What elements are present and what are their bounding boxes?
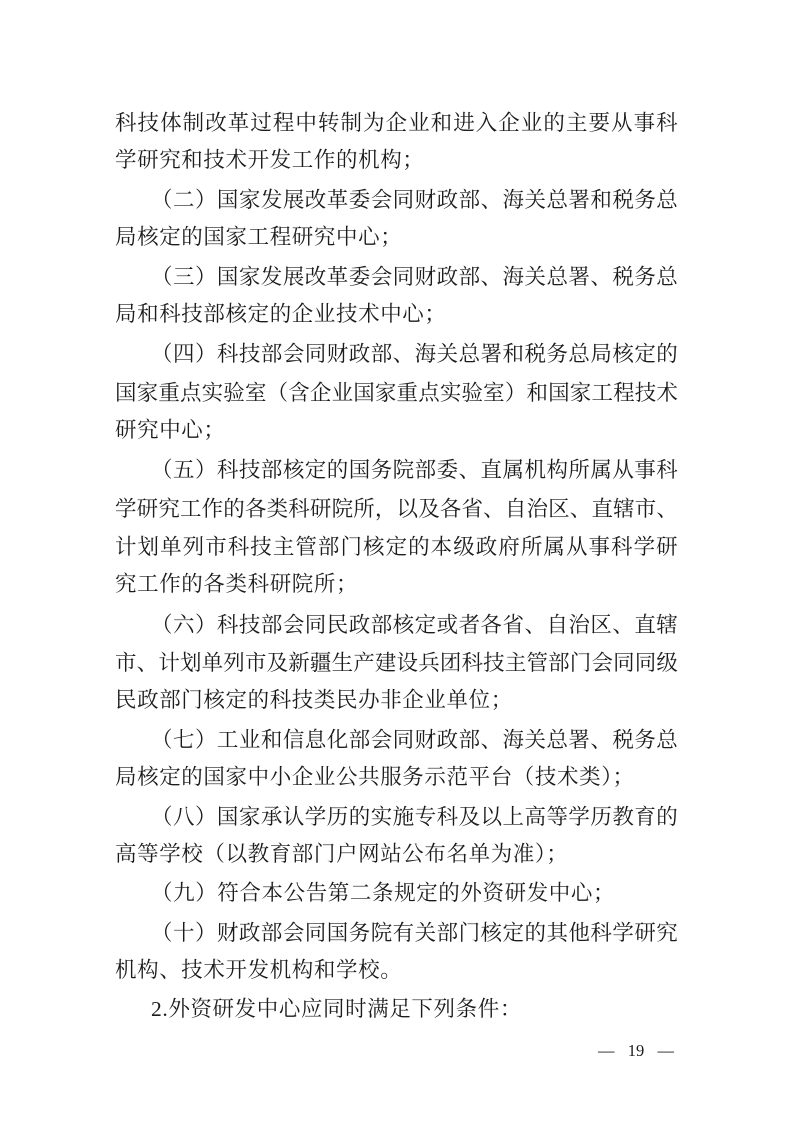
text-char: 海	[503, 183, 525, 214]
text-char: 家	[239, 260, 261, 291]
text-char: 家	[239, 800, 261, 831]
text-char: 辖	[656, 608, 678, 639]
text-char: 育	[634, 800, 656, 831]
text-line: 机构、技术开发机构和学校。	[115, 951, 678, 990]
text-line: 民政部门核定的科技类民办非企业单位；	[115, 681, 678, 720]
text-char: 上	[503, 800, 525, 831]
text-char: 和	[431, 106, 453, 137]
text-char: 国	[548, 376, 570, 407]
text-char: （	[151, 916, 173, 947]
text-char: 重	[397, 376, 419, 407]
text-char: 部	[459, 183, 481, 214]
text-char: 治	[526, 492, 548, 523]
text-char: 研	[634, 916, 656, 947]
text-char: 国	[349, 453, 371, 484]
text-char: 五	[173, 453, 195, 484]
text-char: 委	[349, 260, 371, 291]
text-char: 进	[453, 106, 475, 137]
text-char: 部	[261, 453, 283, 484]
text-char: 的	[656, 800, 678, 831]
text-char: 财	[217, 916, 239, 947]
text-char: 承	[261, 800, 283, 831]
text-char: 、	[612, 608, 634, 639]
text-char: 技	[250, 530, 272, 561]
text-char: 高	[524, 800, 546, 831]
text-char: 级	[453, 530, 475, 561]
document-body: 科技体制改革过程中转制为企业和进入企业的主要从事科学研究和技术开发工作的机构；（…	[115, 102, 678, 1028]
text-char: 海	[503, 260, 525, 291]
text-char: （	[151, 337, 173, 368]
text-char: 所	[353, 492, 375, 523]
text-char: 总	[546, 723, 568, 754]
text-char: 学	[305, 800, 327, 831]
text-char: （	[151, 608, 173, 639]
text-char: 门	[570, 646, 592, 677]
text-line: （五）科技部核定的国务院部委、直属机构所属从事科	[115, 449, 678, 488]
text-char: 革	[327, 183, 349, 214]
text-char: 学	[634, 530, 656, 561]
text-char: 各	[440, 492, 462, 523]
text-char: 研	[137, 492, 159, 523]
text-char: 发	[261, 260, 283, 291]
text-char: 施	[393, 800, 415, 831]
text-char: 改	[305, 183, 327, 214]
text-char: 从	[612, 453, 634, 484]
text-char: 会	[371, 260, 393, 291]
text-char: 业	[239, 723, 261, 754]
text-char: 程	[273, 106, 295, 137]
text-char: 类	[267, 492, 289, 523]
text-char: 关	[524, 260, 546, 291]
text-line: （七）工业和信息化部会同财政部、海关总署、税务总	[115, 720, 678, 759]
text-char: 辖	[613, 492, 635, 523]
text-char: 息	[305, 723, 327, 754]
text-char: 署	[568, 260, 590, 291]
text-char: 技	[239, 608, 261, 639]
text-char: 的	[327, 453, 349, 484]
text-char: 定	[415, 608, 437, 639]
text-char: 部	[459, 260, 481, 291]
text-char: 六	[173, 608, 195, 639]
text-char: 会	[371, 723, 393, 754]
text-char: 国	[217, 183, 239, 214]
text-char: 科	[437, 800, 459, 831]
text-char: 财	[415, 183, 437, 214]
text-char: 信	[283, 723, 305, 754]
text-line: （三）国家发展改革委会同财政部、海关总署、税务总	[115, 256, 678, 295]
text-char: 作	[202, 492, 224, 523]
text-line: （六）科技部会同民政部核定或者各省、自治区、直辖	[115, 604, 678, 643]
text-line: 局核定的国家中小企业公共服务示范平台（技术类）；	[115, 758, 678, 797]
text-char: 关	[524, 183, 546, 214]
document-page: 科技体制改革过程中转制为企业和进入企业的主要从事科学研究和技术开发工作的机构；（…	[0, 0, 793, 1122]
text-char: 同	[305, 608, 327, 639]
text-char: 研	[656, 530, 678, 561]
text-char: 科	[217, 453, 239, 484]
text-char: 或	[437, 608, 459, 639]
text-char: 科	[115, 106, 137, 137]
text-char: 和	[503, 337, 525, 368]
text-char: 部	[371, 608, 393, 639]
text-char: 属	[543, 530, 565, 561]
text-char: 会	[283, 337, 305, 368]
text-char: 、	[481, 260, 503, 291]
text-char: 企	[386, 106, 408, 137]
text-char: 务	[546, 337, 568, 368]
text-char: ）	[195, 337, 217, 368]
text-char: 财	[415, 260, 437, 291]
text-char: ）	[195, 800, 217, 831]
text-char: 室	[245, 376, 267, 407]
text-char: 民	[327, 608, 349, 639]
text-line: 学研究工作的各类科研院所，以及各省、自治区、直辖市、	[115, 488, 678, 527]
text-char: ）	[195, 183, 217, 214]
text-char: 海	[415, 337, 437, 368]
text-char: 税	[524, 337, 546, 368]
text-char: 政	[437, 183, 459, 214]
text-char: 核	[481, 916, 503, 947]
text-char: 核	[612, 337, 634, 368]
text-char: 含	[288, 376, 310, 407]
text-char: 计	[115, 530, 137, 561]
text-char: 管	[526, 646, 548, 677]
text-char: 企	[310, 376, 332, 407]
text-char: 总	[546, 260, 568, 291]
text-char: 政	[349, 608, 371, 639]
text-char: 工	[591, 376, 613, 407]
text-char: 市	[115, 646, 137, 677]
text-char: 、	[137, 646, 159, 677]
text-char: 务	[634, 723, 656, 754]
text-char: 、	[481, 723, 503, 754]
text-char: 定	[386, 530, 408, 561]
text-char: 定	[503, 916, 525, 947]
text-char: 究	[656, 916, 678, 947]
text-char: ）	[195, 608, 217, 639]
text-char: 、	[590, 260, 612, 291]
text-char: 机	[524, 453, 546, 484]
text-char: 程	[613, 376, 635, 407]
text-char: 重	[158, 376, 180, 407]
text-char: 关	[437, 337, 459, 368]
text-char: 的	[408, 530, 430, 561]
text-char: 总	[568, 337, 590, 368]
text-char: 及	[459, 800, 481, 831]
text-char: 关	[524, 723, 546, 754]
text-line: （十）财政部会同国务院有关部门核定的其他科学研究	[115, 912, 678, 951]
text-char: 革	[228, 106, 250, 137]
text-char: 七	[173, 723, 195, 754]
text-char: 管	[295, 530, 317, 561]
text-char: 、	[656, 492, 678, 523]
text-char: 区	[590, 608, 612, 639]
text-char: 税	[612, 183, 634, 214]
text-char: 有	[393, 916, 415, 947]
text-char: 科	[217, 608, 239, 639]
text-char: 所	[521, 530, 543, 561]
text-char: 建	[375, 646, 397, 677]
text-char: 署	[568, 723, 590, 754]
text-char: 学	[612, 916, 634, 947]
text-char: 直	[591, 492, 613, 523]
text-char: 事	[634, 453, 656, 484]
text-char: 门	[459, 916, 481, 947]
text-char: 和	[590, 183, 612, 214]
text-char: 及	[418, 492, 440, 523]
text-char: 研	[310, 492, 332, 523]
text-line: 市、计划单列市及新疆生产建设兵团科技主管部门会同同级	[115, 642, 678, 681]
text-char: 委	[437, 453, 459, 484]
text-char: 家	[137, 376, 159, 407]
text-char: 总	[656, 723, 678, 754]
text-char: 事	[634, 106, 656, 137]
text-char: 实	[440, 376, 462, 407]
text-char: 市	[205, 530, 227, 561]
text-char: 、	[524, 608, 546, 639]
text-char: 制	[340, 106, 362, 137]
text-char: 及	[267, 646, 289, 677]
text-char: 实	[202, 376, 224, 407]
text-char: 技	[239, 453, 261, 484]
text-char: 税	[612, 260, 634, 291]
text-char: 和	[261, 723, 283, 754]
text-char: 总	[546, 183, 568, 214]
text-char: 业	[521, 106, 543, 137]
text-char: 历	[590, 800, 612, 831]
text-line: 国家重点实验室（含企业国家重点实验室）和国家工程技术	[115, 372, 678, 411]
text-char: 委	[349, 183, 371, 214]
text-char: 家	[375, 376, 397, 407]
text-char: 各	[481, 608, 503, 639]
text-char: 工	[180, 492, 202, 523]
text-char: 部	[261, 337, 283, 368]
text-line: （九）符合本公告第二条规定的外资研发中心；	[115, 874, 678, 913]
text-char: 等	[546, 800, 568, 831]
text-char: 革	[327, 260, 349, 291]
text-line: 究工作的各类科研院所；	[115, 565, 678, 604]
text-char: 的	[524, 916, 546, 947]
text-char: 、	[481, 183, 503, 214]
text-char: 务	[634, 183, 656, 214]
text-line: （二）国家发展改革委会同财政部、海关总署和税务总	[115, 179, 678, 218]
text-char: 国	[217, 800, 239, 831]
text-char: 划	[138, 530, 160, 561]
text-char: （	[151, 453, 173, 484]
text-char: 、	[590, 723, 612, 754]
text-line: 2.外资研发中心应同时满足下列条件：	[115, 990, 678, 1029]
text-char: （	[151, 183, 173, 214]
text-char: 部	[437, 916, 459, 947]
text-char: 三	[173, 260, 195, 291]
text-char: ）	[505, 376, 527, 407]
text-char: 核	[363, 530, 385, 561]
text-char: 以	[397, 492, 419, 523]
text-char: 同	[393, 260, 415, 291]
text-char: 科	[228, 530, 250, 561]
text-char: （	[151, 260, 173, 291]
text-char: 会	[283, 608, 305, 639]
text-char: 总	[459, 337, 481, 368]
text-char: 单	[202, 646, 224, 677]
text-char: 中	[295, 106, 317, 137]
text-char: 要	[588, 106, 610, 137]
text-char: 认	[283, 800, 305, 831]
text-line: 局和科技部核定的企业技术中心；	[115, 295, 678, 334]
page-number: — 19 —	[598, 1041, 674, 1061]
text-char: 海	[503, 723, 525, 754]
text-char: 政	[239, 916, 261, 947]
text-char: 展	[283, 260, 305, 291]
text-char: 发	[261, 183, 283, 214]
text-char: 事	[588, 530, 610, 561]
text-char: 国	[115, 376, 137, 407]
text-line: 局核定的国家工程研究中心；	[115, 218, 678, 257]
text-char: 、	[459, 453, 481, 484]
text-char: 室	[483, 376, 505, 407]
text-char: 政	[437, 723, 459, 754]
text-char: 门	[340, 530, 362, 561]
text-char: （	[151, 800, 173, 831]
text-char: 会	[371, 183, 393, 214]
text-char: 的	[543, 106, 565, 137]
text-char: 各	[245, 492, 267, 523]
text-char: 以	[481, 800, 503, 831]
text-char: 、	[393, 337, 415, 368]
text-char: 同	[393, 183, 415, 214]
text-char: 务	[349, 916, 371, 947]
text-char: 财	[415, 723, 437, 754]
text-char: 区	[548, 492, 570, 523]
text-char: 自	[505, 492, 527, 523]
text-char: 和	[526, 376, 548, 407]
text-char: ）	[195, 453, 217, 484]
text-char: 八	[173, 800, 195, 831]
text-char: 点	[418, 376, 440, 407]
text-char: 自	[546, 608, 568, 639]
text-char: 十	[173, 916, 195, 947]
text-char: 点	[180, 376, 202, 407]
text-char: 体	[160, 106, 182, 137]
text-char: 化	[327, 723, 349, 754]
text-char: 其	[546, 916, 568, 947]
text-char: 技	[239, 337, 261, 368]
text-char: （	[267, 376, 289, 407]
text-char: 学	[115, 492, 137, 523]
text-char: 专	[415, 800, 437, 831]
text-char: 同	[613, 646, 635, 677]
text-char: 属	[503, 453, 525, 484]
text-char: 疆	[310, 646, 332, 677]
text-char: 的	[656, 337, 678, 368]
text-char: 制	[183, 106, 205, 137]
text-char: 总	[656, 183, 678, 214]
text-char: 技	[483, 646, 505, 677]
text-char: 家	[570, 376, 592, 407]
text-char: 会	[283, 916, 305, 947]
page-number-dash-right: —	[658, 1041, 675, 1061]
text-char: 科	[590, 916, 612, 947]
text-char: 直	[481, 453, 503, 484]
page-number-dash-left: —	[598, 1041, 615, 1061]
text-char: 级	[656, 646, 678, 677]
text-char: 局	[590, 337, 612, 368]
text-char: 同	[305, 337, 327, 368]
text-char: 科	[656, 453, 678, 484]
text-char: 家	[239, 183, 261, 214]
text-char: 改	[305, 260, 327, 291]
text-char: 、	[483, 492, 505, 523]
text-char: 科	[217, 337, 239, 368]
text-char: 属	[590, 453, 612, 484]
text-char: 、	[570, 492, 592, 523]
text-char: 历	[327, 800, 349, 831]
text-char: 院	[393, 453, 415, 484]
text-char: 署	[481, 337, 503, 368]
text-char: 单	[160, 530, 182, 561]
text-char: 省	[462, 492, 484, 523]
text-char: 产	[353, 646, 375, 677]
page-number-value: 19	[628, 1041, 645, 1061]
text-char: ）	[195, 916, 217, 947]
text-char: 政	[437, 260, 459, 291]
text-char: 过	[250, 106, 272, 137]
text-char: 同	[635, 646, 657, 677]
text-line: 研究中心；	[115, 411, 678, 450]
text-char: 构	[546, 453, 568, 484]
text-char: 本	[431, 530, 453, 561]
text-char: ）	[195, 723, 217, 754]
text-char: 列	[183, 530, 205, 561]
text-char: 的	[349, 800, 371, 831]
text-char: 学	[568, 800, 590, 831]
text-char: 国	[353, 376, 375, 407]
text-char: 府	[498, 530, 520, 561]
text-char: 工	[217, 723, 239, 754]
text-char: 署	[568, 183, 590, 214]
text-char: 部	[548, 646, 570, 677]
text-char: 验	[223, 376, 245, 407]
text-char: 验	[462, 376, 484, 407]
text-char: 生	[332, 646, 354, 677]
text-char: 技	[635, 376, 657, 407]
text-char: 团	[440, 646, 462, 677]
text-char: 院	[371, 916, 393, 947]
text-char: 市	[245, 646, 267, 677]
text-char: 兵	[418, 646, 440, 677]
text-char: 从	[566, 530, 588, 561]
text-line: （四）科技部会同财政部、海关总署和税务总局核定的	[115, 334, 678, 373]
text-char: 会	[591, 646, 613, 677]
text-char: 主	[566, 106, 588, 137]
text-char: 业	[332, 376, 354, 407]
text-char: 计	[158, 646, 180, 677]
text-char: 从	[611, 106, 633, 137]
text-char: 治	[568, 608, 590, 639]
text-char: 教	[612, 800, 634, 831]
text-char: 的	[223, 492, 245, 523]
text-char: 二	[173, 183, 195, 214]
text-char: 所	[568, 453, 590, 484]
text-char: 科	[611, 530, 633, 561]
text-char: 划	[180, 646, 202, 677]
text-line: 科技体制改革过程中转制为企业和进入企业的主要从事科	[115, 102, 678, 141]
text-char: 直	[634, 608, 656, 639]
text-char: 改	[205, 106, 227, 137]
text-char: 定	[634, 337, 656, 368]
text-char: 科	[656, 106, 678, 137]
text-char: 设	[397, 646, 419, 677]
text-line: 高等学校（以教育部门户网站公布名单为准）；	[115, 835, 678, 874]
